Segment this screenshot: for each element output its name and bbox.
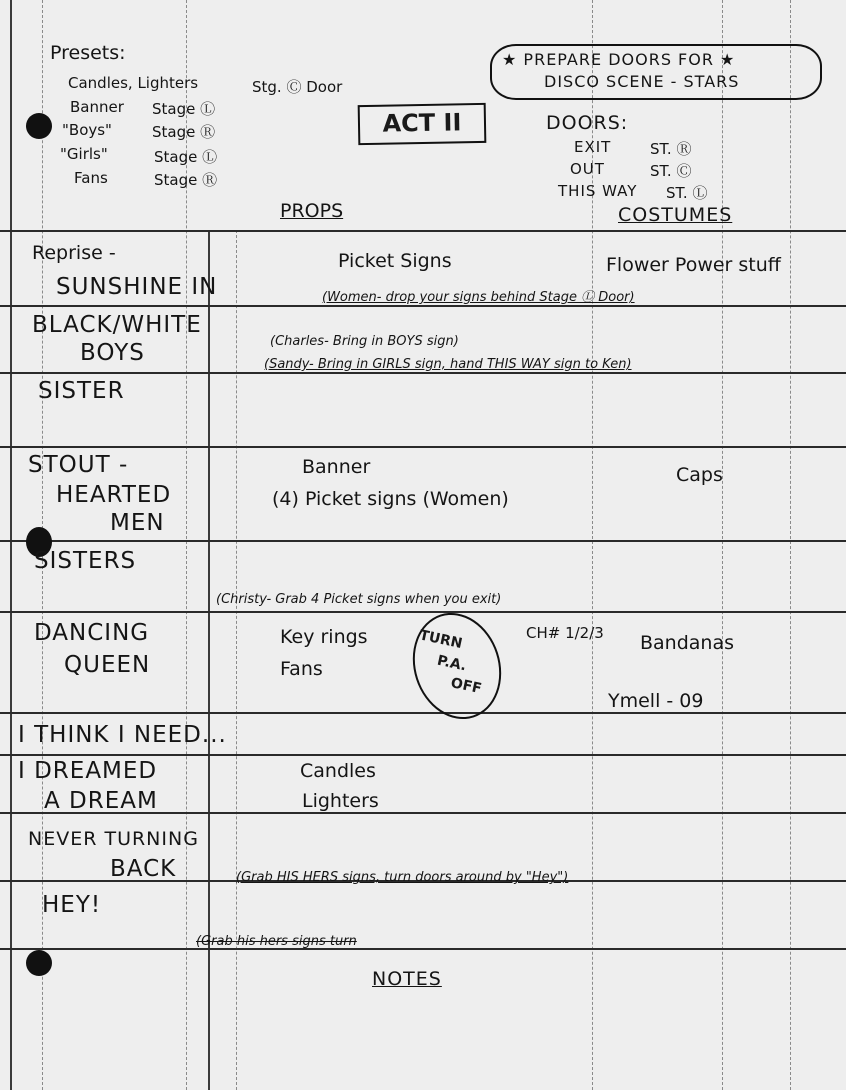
costume-item: Bandanas <box>640 632 734 654</box>
row-divider <box>0 230 846 232</box>
row-divider <box>0 540 846 542</box>
song-title: BOYS <box>80 340 145 366</box>
door-name: EXIT <box>574 138 611 156</box>
binder-hole <box>26 950 52 976</box>
ruling-line <box>236 230 237 1090</box>
row-divider <box>0 754 846 756</box>
prepare-note-line1: ★ PREPARE DOORS FOR ★ <box>502 50 735 69</box>
act-label-box: ACT II <box>358 103 487 145</box>
prepare-note-line2: DISCO SCENE - STARS <box>544 72 739 91</box>
pa-note-line: TURN <box>418 627 464 652</box>
song-title: DANCING <box>34 620 149 646</box>
props-item: Fans <box>280 658 323 680</box>
song-title: QUEEN <box>64 652 150 678</box>
song-title: BLACK/WHITE <box>32 312 202 338</box>
cue-note: (Women- drop your signs behind Stage Ⓛ D… <box>322 286 635 305</box>
song-title: Reprise - <box>32 242 116 264</box>
cue-note: (Sandy- Bring in GIRLS sign, hand THIS W… <box>264 357 632 372</box>
props-item: (4) Picket signs (Women) <box>272 488 509 510</box>
door-location: ST. Ⓒ <box>650 160 691 181</box>
props-heading: PROPS <box>280 200 343 222</box>
row-divider <box>0 712 846 714</box>
song-title: I DREAMED <box>18 758 157 784</box>
props-item: Picket Signs <box>338 250 452 272</box>
song-title: MEN <box>110 510 165 536</box>
props-item: Lighters <box>302 790 379 812</box>
props-item: Banner <box>302 456 370 478</box>
preset-location: Stage Ⓛ <box>152 98 215 119</box>
struck-note: (Grab his hers signs turn <box>196 934 357 949</box>
ruling-line <box>790 0 791 1090</box>
costumes-heading: COSTUMES <box>618 204 732 226</box>
song-title: SISTERS <box>34 548 136 574</box>
preset-location: Stage Ⓡ <box>152 121 215 142</box>
props-item: Key rings <box>280 626 368 648</box>
song-title: SISTER <box>38 378 125 404</box>
song-title: NEVER TURNING <box>28 828 199 850</box>
row-divider <box>0 305 846 307</box>
row-divider <box>0 948 846 950</box>
song-title: HEY! <box>42 892 101 918</box>
extra-note: Ymell - 09 <box>608 690 703 712</box>
channel-note: CH# 1/2/3 <box>526 624 604 642</box>
row-divider <box>0 611 846 613</box>
door-name: THIS WAY <box>558 182 637 200</box>
costume-item: Flower Power stuff <box>606 254 781 276</box>
costume-item: Caps <box>676 464 723 486</box>
pa-note-line: P.A. <box>436 653 468 675</box>
scanned-cue-sheet: Presets: Candles, Lighters Stg. Ⓒ Door B… <box>0 0 846 1090</box>
preset-item: Banner <box>70 98 124 116</box>
notes-heading: NOTES <box>372 968 442 990</box>
preset-item: "Girls" <box>60 145 108 163</box>
cue-note: (Christy- Grab 4 Picket signs when you e… <box>216 592 501 607</box>
cue-note: (Grab HIS HERS signs, turn doors around … <box>236 870 568 885</box>
cue-note: (Charles- Bring in BOYS sign) <box>270 334 459 349</box>
ruling-line <box>722 0 723 1090</box>
song-title: A DREAM <box>44 788 158 814</box>
column-divider <box>208 230 210 1090</box>
prepare-doors-note: ★ PREPARE DOORS FOR ★ DISCO SCENE - STAR… <box>490 44 822 100</box>
door-name: OUT <box>570 160 605 178</box>
preset-location: Stage Ⓡ <box>154 169 217 190</box>
song-title: STOUT - <box>28 452 128 478</box>
act-label: ACT II <box>360 108 484 138</box>
binder-hole <box>26 113 52 139</box>
presets-title: Presets: <box>50 42 126 64</box>
pa-note-line: OFF <box>449 675 483 697</box>
row-divider <box>0 372 846 374</box>
preset-location: Stg. Ⓒ Door <box>252 76 342 97</box>
row-divider <box>0 446 846 448</box>
preset-item: Fans <box>74 169 108 187</box>
door-location: ST. Ⓛ <box>666 182 707 203</box>
doors-title: DOORS: <box>546 112 628 134</box>
preset-location: Stage Ⓛ <box>154 146 217 167</box>
song-title: I THINK I NEED... <box>18 722 227 748</box>
props-item: Candles <box>300 760 376 782</box>
door-location: ST. Ⓡ <box>650 138 691 159</box>
song-title: SUNSHINE IN <box>56 274 217 300</box>
preset-item: "Boys" <box>62 121 112 139</box>
song-title: BACK <box>110 856 176 882</box>
preset-item: Candles, Lighters <box>68 74 198 92</box>
margin-line <box>10 0 12 1090</box>
song-title: HEARTED <box>56 482 171 508</box>
